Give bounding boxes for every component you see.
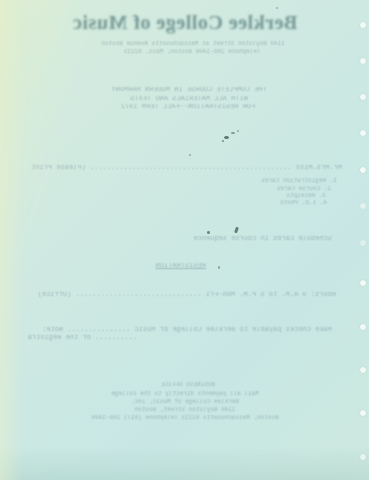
ghost-checklist-item: 2. Course Cards [269,186,331,193]
ink-speck [231,132,235,134]
scanned-page: Berklee College of Music 1140 Boylston S… [0,0,369,480]
ink-speck [276,7,278,9]
ghost-address-line-2: Telephone 266-1400 Boston, Mass. 02215 [112,49,272,56]
punch-hole [360,167,366,173]
ghost-address-line-1: 1140 Boylston Street at Massachusetts Av… [98,41,288,48]
punch-hole [360,367,366,373]
ink-speck [189,154,191,156]
punch-hole [360,22,366,28]
ink-speck [218,266,220,269]
ink-speck [224,136,229,139]
punch-hole [360,324,366,330]
ghost-footer-line-3: 1140 Boylston Street, Boston [129,407,241,414]
punch-hole [360,58,366,64]
ink-speck [207,231,210,234]
ghost-college-logo: Berklee College of Music [50,12,320,38]
punch-hole [360,240,366,246]
ghost-payable-row-2: .......... of the Registrar [27,335,137,343]
ghost-checklist-item: 4. I.D. Photo [270,200,327,207]
ghost-section-heading: REGISTRATION [152,263,206,271]
punch-hole [360,280,366,286]
ghost-footer-line-4: Boston, Massachusetts 02215 Telephone (6… [88,415,282,422]
ghost-checklist-item: 1. Registration Cards [255,178,337,185]
ink-speck [234,227,239,234]
punch-hole [360,203,366,209]
punch-hole [360,130,366,136]
ghost-name-row: Mr.Mrs.Miss ............................… [30,165,342,173]
ghost-title-line-1: THE COMPLETE COURSE IN MODERN HARMONY [104,87,274,95]
punch-hole [360,454,366,460]
ghost-checklist-item: 3. Receipts [280,193,326,200]
ghost-footer-line-2: Berklee College of Music, Inc. [124,399,246,406]
ghost-payable-row: Make checks payable to Berklee College o… [27,327,332,335]
ghost-footer-heading: BUSINESS OFFICE [158,382,218,389]
ghost-title-line-3: FOR REGISTRATION--FALL TERM 1972 [113,104,263,112]
ghost-title-line-2: WITH ALL MATERIALS AND TEXTS [128,96,250,104]
ghost-sequence-note: Schedule cards in course sequence [185,236,332,244]
ghost-hours-row: Hours: 9 A.M. to 5 P.M. Mon-Fri ........… [33,292,336,300]
ghost-footer-line-1: Mail all payments directly to the colleg… [108,391,262,398]
ink-speck [237,130,239,132]
punch-hole [360,410,366,416]
punch-hole [360,94,366,100]
ink-speck [222,140,224,142]
